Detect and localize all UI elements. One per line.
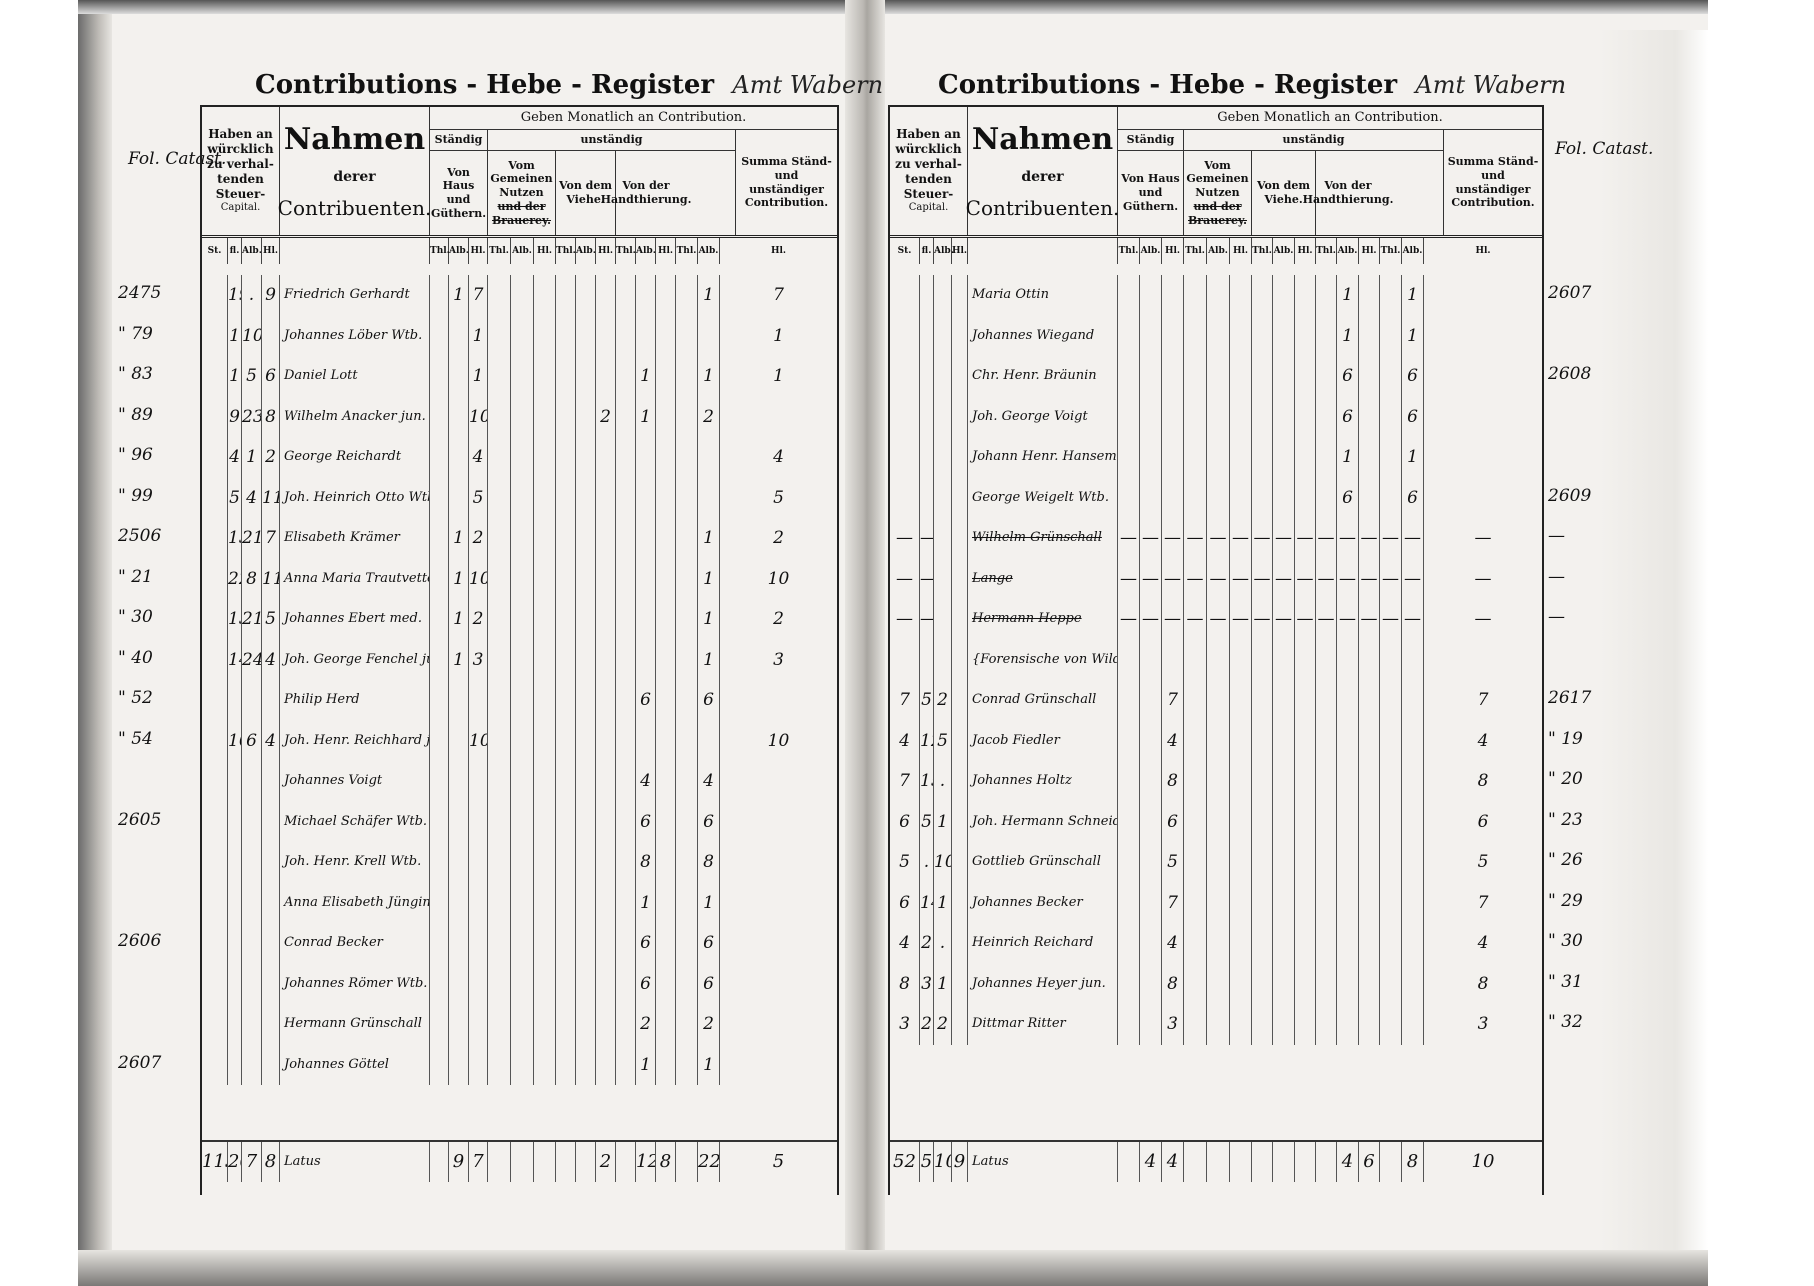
hand-cell — [656, 275, 676, 316]
capital-hl-cell — [952, 640, 968, 681]
table-row: 5.10Gottlieb Grünschall55 — [890, 842, 1542, 883]
total-hand-cell — [1316, 1142, 1337, 1182]
nutzen-cell — [511, 680, 534, 721]
nutzen-cell — [488, 275, 511, 316]
haus-cell — [449, 964, 469, 1005]
hand-cell — [1359, 761, 1380, 802]
summa-cell — [1380, 923, 1402, 964]
capital-fl-cell: 2 — [920, 1004, 934, 1045]
summa-cell — [698, 316, 720, 357]
capital-hl-cell: 5 — [262, 599, 280, 640]
hand-cell — [1316, 478, 1337, 519]
capital-hl-cell — [262, 1004, 280, 1045]
vieh-cell — [1252, 802, 1273, 843]
capital-fl-cell: 5 — [920, 802, 934, 843]
nutzen-cell — [1184, 356, 1207, 397]
vieh-cell — [596, 437, 616, 478]
capital-fl-cell: 1 — [228, 356, 242, 397]
summa-cell — [698, 437, 720, 478]
summa-cell: 1 — [698, 599, 720, 640]
haus-cell — [430, 761, 449, 802]
capital-fl-cell — [228, 680, 242, 721]
contributor-name: Hermann Grünschall — [280, 1004, 430, 1045]
capital-hl-cell — [262, 761, 280, 802]
capital-st-cell — [890, 478, 920, 519]
vieh-cell — [596, 640, 616, 681]
contributor-name: Johannes Heyer jun. — [968, 964, 1118, 1005]
capital-hl-cell: 8 — [262, 397, 280, 438]
capital-fl-cell: 19 — [228, 275, 242, 316]
vieh-cell — [1273, 721, 1295, 762]
hand-cell: — — [1359, 559, 1380, 600]
capital-hl-cell — [952, 761, 968, 802]
total-st-cell: 52 — [890, 1142, 920, 1182]
capital-st-cell — [202, 316, 228, 357]
haus-cell — [1140, 721, 1162, 762]
haus-cell: 5 — [469, 478, 488, 519]
capital-fl-cell — [920, 478, 934, 519]
capital-hl-cell — [952, 478, 968, 519]
hand-cell — [1359, 1004, 1380, 1045]
summa-cell — [1424, 397, 1542, 438]
nutzen-cell — [1207, 680, 1230, 721]
summa-cell: 2 — [698, 397, 720, 438]
folio-catast-number: 2605 — [118, 810, 161, 830]
summa-cell — [676, 842, 698, 883]
vieh-cell: 2 — [596, 397, 616, 438]
folio-catast-number: " 89 — [118, 405, 153, 425]
capital-hl-cell: 11 — [262, 478, 280, 519]
haus-cell — [469, 802, 488, 843]
summa-cell — [676, 275, 698, 316]
summa-cell: 1 — [698, 356, 720, 397]
nutzen-cell — [1230, 842, 1252, 883]
hand-cell — [1359, 923, 1380, 964]
capital-fl-cell: 9 — [228, 397, 242, 438]
hand-cell — [616, 680, 636, 721]
nutzen-cell — [1230, 1004, 1252, 1045]
vieh-cell — [1273, 680, 1295, 721]
hand-cell: 6 — [1337, 356, 1359, 397]
summa-cell — [1380, 397, 1402, 438]
vieh-cell — [576, 437, 596, 478]
contribution-group-header: Geben Monatlich an Contribution. Ständig… — [1118, 107, 1542, 235]
total-nutzen-cell — [534, 1142, 556, 1182]
nutzen-cell — [1230, 316, 1252, 357]
vieh-cell — [576, 599, 596, 640]
folio-catast-number: 2617 — [1548, 688, 1591, 708]
haus-cell — [1118, 680, 1140, 721]
left-units-row: St.fl.Alb.Hl. Thl.Alb.Hl. Thl.Alb.Hl. Th… — [202, 238, 837, 264]
vieh-cell — [1295, 437, 1316, 478]
nutzen-cell: — — [1230, 518, 1252, 559]
haus-cell — [1162, 640, 1184, 681]
table-row: 4125Jacob Fiedler44 — [890, 721, 1542, 762]
vieh-cell — [576, 356, 596, 397]
capital-fl-cell: 10 — [228, 721, 242, 762]
hand-cell — [656, 640, 676, 681]
summa-cell — [720, 680, 837, 721]
summa-cell: — — [1424, 599, 1542, 640]
summa-cell — [676, 1004, 698, 1045]
nutzen-cell — [1184, 883, 1207, 924]
nutzen-cell — [1184, 721, 1207, 762]
haus-cell — [449, 1004, 469, 1045]
nutzen-cell: — — [1184, 599, 1207, 640]
table-row: 19.9Friedrich Gerhardt1717 — [202, 275, 837, 316]
capital-st-cell — [202, 478, 228, 519]
summa-cell: 7 — [1424, 883, 1542, 924]
capital-st-cell — [202, 721, 228, 762]
capital-alb-cell: . — [934, 923, 952, 964]
hand-cell — [1359, 275, 1380, 316]
table-row: 715.Johannes Holtz88 — [890, 761, 1542, 802]
capital-alb-cell — [934, 559, 952, 600]
folio-catast-number: " 83 — [118, 364, 153, 384]
haus-cell: 1 — [449, 599, 469, 640]
summa-cell — [698, 721, 720, 762]
nutzen-cell — [488, 680, 511, 721]
summa-cell — [720, 1004, 837, 1045]
haus-cell: 3 — [1162, 1004, 1184, 1045]
folio-catast-number: 2475 — [118, 283, 161, 303]
contributor-name: Johannes Löber Wtb. — [280, 316, 430, 357]
right-margin-header: Fol. Catast. — [1555, 140, 1653, 159]
contributor-name: Wilhelm Anacker jun. — [280, 397, 430, 438]
table-row: 752Conrad Grünschall77 — [890, 680, 1542, 721]
nutzen-cell — [1230, 883, 1252, 924]
haus-cell: 2 — [469, 599, 488, 640]
haus-cell — [1140, 478, 1162, 519]
nutzen-cell — [511, 761, 534, 802]
summa-cell: 5 — [1424, 842, 1542, 883]
vieh-cell — [556, 640, 576, 681]
haus-cell — [1140, 397, 1162, 438]
contributor-name: Heinrich Reichard — [968, 923, 1118, 964]
nutzen-cell — [511, 356, 534, 397]
summa-cell: — — [1380, 559, 1402, 600]
vieh-cell: — — [1295, 559, 1316, 600]
summa-cell: 3 — [1424, 1004, 1542, 1045]
hand-cell: 1 — [636, 397, 656, 438]
hand-cell — [1337, 761, 1359, 802]
summa-cell — [1424, 478, 1542, 519]
vieh-cell — [1273, 964, 1295, 1005]
total-haus-cell: 9 — [449, 1142, 469, 1182]
capital-fl-cell — [228, 923, 242, 964]
capital-alb-cell — [934, 599, 952, 640]
vieh-cell — [556, 1004, 576, 1045]
right-rows: Maria Ottin11Johannes Wiegand11Chr. Henr… — [890, 275, 1542, 1045]
book-bottom-shadow — [78, 1250, 1708, 1286]
nutzen-cell — [534, 356, 556, 397]
haus-cell — [1140, 1004, 1162, 1045]
folio-catast-number: " 32 — [1548, 1012, 1583, 1032]
summa-cell: 4 — [1424, 721, 1542, 762]
vieh-cell — [576, 923, 596, 964]
haus-cell: — — [1118, 518, 1140, 559]
hand-cell — [1337, 842, 1359, 883]
hand-cell — [656, 1045, 676, 1086]
capital-hl-cell — [952, 599, 968, 640]
capital-fl-cell: 3 — [920, 964, 934, 1005]
capital-alb-cell — [934, 478, 952, 519]
vieh-cell — [556, 559, 576, 600]
total-vieh-cell — [1295, 1142, 1316, 1182]
nutzen-cell — [1207, 842, 1230, 883]
capital-alb-cell: 1 — [934, 802, 952, 843]
hand-cell: 1 — [1337, 316, 1359, 357]
hand-cell — [616, 802, 636, 843]
total-summa-cell: 8 — [1402, 1142, 1424, 1182]
capital-fl-cell: — — [920, 559, 934, 600]
haus-cell — [469, 1045, 488, 1086]
haus-cell — [1140, 802, 1162, 843]
nutzen-cell — [511, 316, 534, 357]
nutzen-cell — [1230, 356, 1252, 397]
vieh-cell — [596, 275, 616, 316]
table-row: 1064Joh. Henr. Reichhard jun.1010 — [202, 721, 837, 762]
haus-cell — [449, 680, 469, 721]
table-row: Johannes Voigt44 — [202, 761, 837, 802]
folio-catast-number: " 26 — [1548, 850, 1583, 870]
capital-hl-cell: 9 — [262, 275, 280, 316]
capital-st-cell: 5 — [890, 842, 920, 883]
capital-alb-cell: 24 — [242, 640, 262, 681]
capital-hl-cell: 11 — [262, 559, 280, 600]
vieh-cell — [576, 964, 596, 1005]
table-row: George Weigelt Wtb.66 — [890, 478, 1542, 519]
contributor-name: Daniel Lott — [280, 356, 430, 397]
right-total-row: 525109Latus4446810 — [890, 1140, 1542, 1182]
summa-cell: — — [1424, 559, 1542, 600]
haus-cell: 10 — [469, 559, 488, 600]
summa-cell: 6 — [1402, 397, 1424, 438]
hand-cell — [1337, 964, 1359, 1005]
summa-cell: 6 — [698, 923, 720, 964]
haus-cell: 7 — [469, 275, 488, 316]
vieh-cell — [576, 1045, 596, 1086]
haus-cell: 4 — [1162, 721, 1184, 762]
hand-cell — [616, 964, 636, 1005]
nutzen-cell — [1230, 923, 1252, 964]
hand-cell: 1 — [636, 1045, 656, 1086]
capital-alb-cell — [242, 1045, 262, 1086]
nutzen-cell — [1207, 316, 1230, 357]
capital-alb-cell — [242, 761, 262, 802]
summa-cell — [676, 559, 698, 600]
summa-cell — [1380, 761, 1402, 802]
summa-cell: 7 — [720, 275, 837, 316]
capital-fl-cell: 5 — [228, 478, 242, 519]
vieh-cell — [576, 802, 596, 843]
table-row: Conrad Becker66 — [202, 923, 837, 964]
haus-cell — [449, 721, 469, 762]
haus-cell — [430, 478, 449, 519]
folio-catast-number: " 23 — [1548, 810, 1583, 830]
summa-cell — [676, 883, 698, 924]
hand-cell — [656, 721, 676, 762]
book-left-edge — [78, 0, 112, 1286]
vieh-cell — [1295, 842, 1316, 883]
capital-fl-cell — [228, 964, 242, 1005]
summa-cell: 1 — [698, 275, 720, 316]
capital-alb-cell — [934, 437, 952, 478]
haus-cell — [430, 1045, 449, 1086]
summa-cell — [1380, 1004, 1402, 1045]
summa-cell — [1402, 761, 1424, 802]
haus-cell — [1118, 356, 1140, 397]
capital-fl-cell — [228, 1045, 242, 1086]
summa-cell — [720, 802, 837, 843]
nutzen-cell — [488, 397, 511, 438]
hand-cell — [656, 761, 676, 802]
haus-cell — [430, 559, 449, 600]
capital-st-cell — [202, 599, 228, 640]
summa-cell: 1 — [1402, 275, 1424, 316]
hand-cell — [636, 275, 656, 316]
summa-cell: 2 — [720, 599, 837, 640]
capital-fl-cell: . — [920, 842, 934, 883]
contributor-name: Friedrich Gerhardt — [280, 275, 430, 316]
nutzen-cell — [511, 559, 534, 600]
summa-cell: 1 — [1402, 437, 1424, 478]
summa-cell — [1380, 275, 1402, 316]
contributor-name: {Forensische von Wildungen / der Müllenr… — [968, 640, 1118, 681]
summa-cell — [676, 478, 698, 519]
nutzen-cell: — — [1207, 518, 1230, 559]
folio-catast-number: " 99 — [118, 486, 153, 506]
vieh-cell — [596, 842, 616, 883]
haus-cell — [430, 316, 449, 357]
folio-catast-number: " 30 — [1548, 931, 1583, 951]
nutzen-cell — [534, 640, 556, 681]
right-title-handwritten: Amt Wabern — [1415, 71, 1566, 99]
total-hand-cell: 8 — [656, 1142, 676, 1182]
summa-cell: 6 — [1424, 802, 1542, 843]
contributor-name: Gottlieb Grünschall — [968, 842, 1118, 883]
hand-cell — [656, 923, 676, 964]
hand-cell — [616, 478, 636, 519]
hand-cell — [656, 842, 676, 883]
summa-cell: 1 — [720, 316, 837, 357]
summa-cell — [676, 964, 698, 1005]
nutzen-cell — [488, 802, 511, 843]
nutzen-cell — [511, 721, 534, 762]
vieh-cell — [1273, 802, 1295, 843]
haus-cell — [1140, 842, 1162, 883]
nutzen-cell — [1184, 761, 1207, 802]
haus-cell: 1 — [469, 316, 488, 357]
contributor-name: Dittmar Ritter — [968, 1004, 1118, 1045]
haus-cell — [430, 397, 449, 438]
haus-cell: 8 — [1162, 761, 1184, 802]
capital-alb-cell — [934, 356, 952, 397]
hand-cell — [656, 356, 676, 397]
hand-cell — [656, 599, 676, 640]
summa-cell — [1380, 316, 1402, 357]
summa-cell: 6 — [1402, 356, 1424, 397]
nutzen-cell — [511, 964, 534, 1005]
nutzen-cell — [534, 883, 556, 924]
hand-cell — [616, 761, 636, 802]
contributor-name: Hermann Heppe — [968, 599, 1118, 640]
table-row: Joh. George Voigt66 — [890, 397, 1542, 438]
vieh-cell — [556, 437, 576, 478]
capital-st-cell — [202, 1004, 228, 1045]
hand-cell — [1359, 842, 1380, 883]
hand-cell — [1359, 802, 1380, 843]
nutzen-cell — [1207, 356, 1230, 397]
capital-fl-cell: 14 — [920, 883, 934, 924]
right-page-title: Contributions - Hebe - Register Amt Wabe… — [938, 70, 1590, 100]
folio-catast-number: " 20 — [1548, 769, 1583, 789]
nutzen-cell — [511, 1004, 534, 1045]
table-row: Chr. Henr. Bräunin66 — [890, 356, 1542, 397]
vieh-cell — [1273, 397, 1295, 438]
vieh-cell — [1273, 1004, 1295, 1045]
capital-alb-cell: 1 — [934, 964, 952, 1005]
nutzen-cell — [1184, 275, 1207, 316]
nutzen-cell — [1207, 640, 1230, 681]
haus-cell: 10 — [469, 397, 488, 438]
contributor-name: Johannes Voigt — [280, 761, 430, 802]
capital-alb-cell: 4 — [242, 478, 262, 519]
vieh-cell — [596, 761, 616, 802]
summa-cell: 2 — [720, 518, 837, 559]
total-haus-cell: 4 — [1162, 1142, 1184, 1182]
summa-cell — [1402, 964, 1424, 1005]
summa-cell: 4 — [720, 437, 837, 478]
nutzen-cell — [488, 842, 511, 883]
haus-cell — [449, 1045, 469, 1086]
right-ledger-table: Haben anwürcklichzu verhal-tendenSteuer-… — [888, 105, 1544, 1195]
folio-catast-number: — — [1548, 567, 1565, 587]
hand-cell — [636, 478, 656, 519]
haus-cell — [430, 842, 449, 883]
vieh-cell — [596, 478, 616, 519]
haus-cell — [430, 883, 449, 924]
contributor-name: Conrad Becker — [280, 923, 430, 964]
summa-cell — [1402, 883, 1424, 924]
haus-cell — [1118, 478, 1140, 519]
summa-cell: 1 — [698, 640, 720, 681]
total-summa-cell: 5 — [720, 1142, 837, 1182]
hand-cell — [636, 559, 656, 600]
capital-hl-cell — [952, 964, 968, 1005]
nutzen-cell — [511, 599, 534, 640]
hand-cell — [1359, 883, 1380, 924]
vieh-cell — [556, 356, 576, 397]
nutzen-cell — [1207, 397, 1230, 438]
nutzen-cell — [1207, 802, 1230, 843]
nutzen-cell — [1207, 964, 1230, 1005]
capital-st-cell — [202, 883, 228, 924]
nutzen-cell — [1184, 842, 1207, 883]
hand-cell — [1316, 397, 1337, 438]
summa-cell — [676, 640, 698, 681]
total-summa-cell: 22 — [698, 1142, 720, 1182]
hand-cell: 1 — [1337, 275, 1359, 316]
haus-cell — [1162, 478, 1184, 519]
hand-cell: 6 — [636, 680, 656, 721]
haus-cell — [469, 1004, 488, 1045]
hand-cell: — — [1316, 559, 1337, 600]
nutzen-cell — [1184, 1004, 1207, 1045]
haus-cell: — — [1140, 599, 1162, 640]
table-row: 412George Reichardt44 — [202, 437, 837, 478]
summa-cell: 8 — [698, 842, 720, 883]
